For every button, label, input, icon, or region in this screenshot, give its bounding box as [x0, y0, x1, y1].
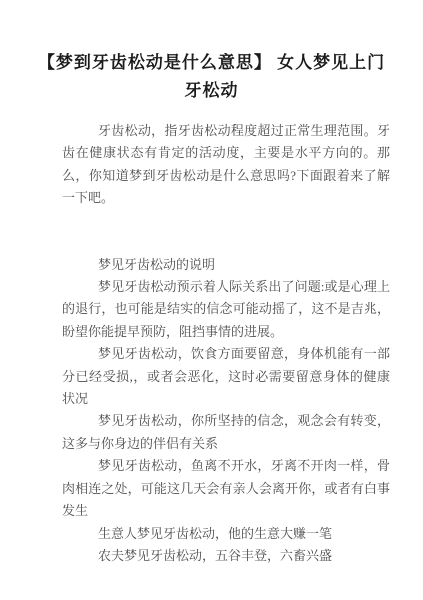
intro-paragraph: 牙齿松动，指牙齿松动程度超过正常生理范围。牙齿在健康状态有肯定的活动度，主要是水… — [62, 120, 390, 210]
article-paragraph: 梦见牙齿松动，鱼离不开水，牙离不开肉一样，骨肉相连之处，可能这几天会有亲人会离开… — [62, 455, 390, 522]
article-intro: 牙齿松动，指牙齿松动程度超过正常生理范围。牙齿在健康状态有肯定的活动度，主要是水… — [62, 120, 390, 210]
article-page: 【梦到牙齿松动是什么意思】 女人梦见上门牙松动 牙齿松动，指牙齿松动程度超过正常… — [0, 0, 423, 600]
article-title: 【梦到牙齿松动是什么意思】 女人梦见上门牙松动 — [36, 0, 388, 105]
article-paragraph: 梦见牙齿松动，饮食方面要留意，身体机能有一部分已经受损,，或者会恶化，这时必需要… — [62, 343, 390, 410]
article-paragraph: 梦见牙齿松动，你所坚持的信念，观念会有转变，这多与你身边的伴侣有关系 — [62, 410, 390, 455]
article-paragraph: 梦见牙齿松动的说明 — [62, 254, 390, 276]
article-paragraph: 梦见牙齿松动预示着人际关系出了问题:或是心理上的退行，也可能是结实的信念可能动摇… — [62, 276, 390, 343]
article-section: 梦见牙齿松动的说明梦见牙齿松动预示着人际关系出了问题:或是心理上的退行，也可能是… — [62, 254, 390, 568]
article-paragraph: 农夫梦见牙齿松动，五谷丰登，六畜兴盛 — [62, 545, 390, 567]
article-paragraph: 生意人梦见牙齿松动，他的生意大赚一笔 — [62, 523, 390, 545]
